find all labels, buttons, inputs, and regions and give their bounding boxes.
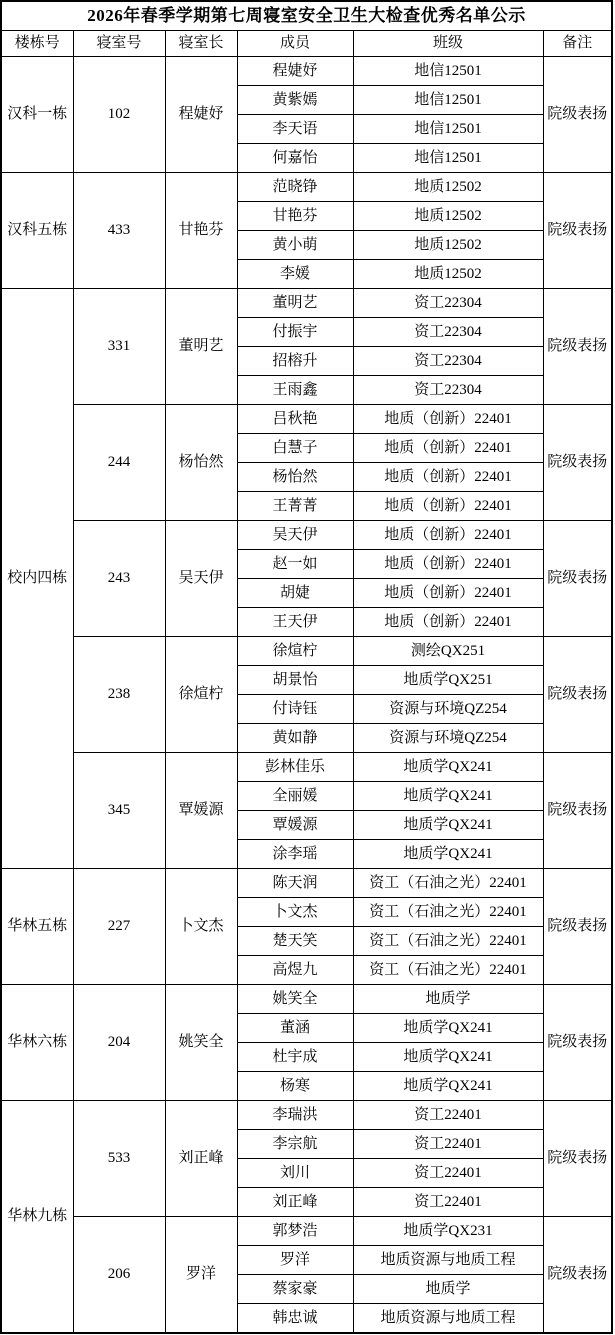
dorm-inspection-table: 2026年春季学期第七周寝室安全卫生大检查优秀名单公示 楼栋号 寝室号 寝室长 … [0, 0, 613, 1334]
room-number-cell: 243 [73, 521, 165, 637]
member-name-cell: 付诗钰 [237, 695, 353, 724]
member-name-cell: 覃媛源 [237, 811, 353, 840]
room-leader-cell: 吴天伊 [165, 521, 237, 637]
member-name-cell: 杨寒 [237, 1072, 353, 1101]
member-name-cell: 董涵 [237, 1014, 353, 1043]
member-name-cell: 王雨鑫 [237, 376, 353, 405]
room-leader-cell: 徐煊柠 [165, 637, 237, 753]
room-number-cell: 533 [73, 1101, 165, 1217]
member-class-cell: 地质学 [353, 985, 543, 1014]
member-name-cell: 黄小萌 [237, 231, 353, 260]
member-name-cell: 高煜九 [237, 956, 353, 985]
member-name-cell: 胡景怡 [237, 666, 353, 695]
member-class-cell: 资源与环境QZ254 [353, 724, 543, 753]
member-name-cell: 杨怡然 [237, 463, 353, 492]
remark-cell: 院级表扬 [543, 405, 612, 521]
member-name-cell: 全丽媛 [237, 782, 353, 811]
table-row: 238徐煊柠徐煊柠测绘QX251院级表扬 [1, 637, 612, 666]
table-body: 汉科一栋102程婕妤程婕妤地信12501院级表扬黄紫嫣地信12501李天语地信1… [1, 57, 612, 1333]
table-row: 243吴天伊吴天伊地质（创新）22401院级表扬 [1, 521, 612, 550]
remark-cell: 院级表扬 [543, 289, 612, 405]
member-class-cell: 资工22304 [353, 318, 543, 347]
member-class-cell: 地质（创新）22401 [353, 550, 543, 579]
member-name-cell: 程婕妤 [237, 57, 353, 86]
member-class-cell: 地信12501 [353, 86, 543, 115]
table-row: 华林六栋204姚笑全姚笑全地质学院级表扬 [1, 985, 612, 1014]
member-class-cell: 地质（创新）22401 [353, 434, 543, 463]
room-leader-cell: 卜文杰 [165, 869, 237, 985]
room-number-cell: 433 [73, 173, 165, 289]
member-class-cell: 地质资源与地质工程 [353, 1304, 543, 1333]
member-class-cell: 资工22401 [353, 1130, 543, 1159]
member-class-cell: 地质学QX241 [353, 1072, 543, 1101]
member-name-cell: 甘艳芬 [237, 202, 353, 231]
remark-cell: 院级表扬 [543, 985, 612, 1101]
member-name-cell: 李天语 [237, 115, 353, 144]
member-name-cell: 吕秋艳 [237, 405, 353, 434]
member-name-cell: 楚天笑 [237, 927, 353, 956]
member-class-cell: 资工22304 [353, 376, 543, 405]
building-cell: 华林五栋 [1, 869, 73, 985]
building-cell: 华林九栋 [1, 1101, 73, 1333]
table-row: 华林五栋227卜文杰陈天润资工（石油之光）22401院级表扬 [1, 869, 612, 898]
table-row: 汉科五栋433甘艳芬范晓铮地质12502院级表扬 [1, 173, 612, 202]
building-cell: 汉科一栋 [1, 57, 73, 173]
member-name-cell: 招榕升 [237, 347, 353, 376]
member-class-cell: 地质学QX241 [353, 840, 543, 869]
member-class-cell: 地质学QX241 [353, 811, 543, 840]
member-name-cell: 赵一如 [237, 550, 353, 579]
column-header-member: 成员 [237, 31, 353, 57]
member-class-cell: 资工22304 [353, 289, 543, 318]
member-class-cell: 地质12502 [353, 260, 543, 289]
member-class-cell: 资工（石油之光）22401 [353, 869, 543, 898]
member-name-cell: 刘正峰 [237, 1188, 353, 1217]
column-header-class: 班级 [353, 31, 543, 57]
member-class-cell: 地质资源与地质工程 [353, 1246, 543, 1275]
member-name-cell: 胡婕 [237, 579, 353, 608]
table-row: 206罗洋郭梦浩地质学QX231院级表扬 [1, 1217, 612, 1246]
member-class-cell: 地质（创新）22401 [353, 579, 543, 608]
member-class-cell: 地质学QX241 [353, 782, 543, 811]
column-header-room: 寝室号 [73, 31, 165, 57]
member-class-cell: 地质学QX241 [353, 1043, 543, 1072]
member-class-cell: 资工22401 [353, 1159, 543, 1188]
member-name-cell: 姚笑全 [237, 985, 353, 1014]
room-leader-cell: 甘艳芬 [165, 173, 237, 289]
member-class-cell: 资源与环境QZ254 [353, 695, 543, 724]
remark-cell: 院级表扬 [543, 173, 612, 289]
remark-cell: 院级表扬 [543, 869, 612, 985]
member-class-cell: 地质（创新）22401 [353, 492, 543, 521]
column-header-building: 楼栋号 [1, 31, 73, 57]
room-leader-cell: 杨怡然 [165, 405, 237, 521]
member-name-cell: 涂李瑶 [237, 840, 353, 869]
room-number-cell: 227 [73, 869, 165, 985]
member-class-cell: 地信12501 [353, 115, 543, 144]
room-leader-cell: 姚笑全 [165, 985, 237, 1101]
member-name-cell: 付振宇 [237, 318, 353, 347]
member-class-cell: 测绘QX251 [353, 637, 543, 666]
member-name-cell: 李瑞洪 [237, 1101, 353, 1130]
table-row: 244杨怡然吕秋艳地质（创新）22401院级表扬 [1, 405, 612, 434]
table-row: 345覃媛源彭林佳乐地质学QX241院级表扬 [1, 753, 612, 782]
building-cell: 校内四栋 [1, 289, 73, 869]
room-number-cell: 206 [73, 1217, 165, 1333]
title-row: 2026年春季学期第七周寝室安全卫生大检查优秀名单公示 [1, 1, 612, 31]
room-number-cell: 204 [73, 985, 165, 1101]
member-class-cell: 地质（创新）22401 [353, 463, 543, 492]
member-name-cell: 罗洋 [237, 1246, 353, 1275]
member-name-cell: 刘川 [237, 1159, 353, 1188]
member-name-cell: 何嘉怡 [237, 144, 353, 173]
column-header-row: 楼栋号 寝室号 寝室长 成员 班级 备注 [1, 31, 612, 57]
member-class-cell: 地质12502 [353, 202, 543, 231]
member-class-cell: 资工22304 [353, 347, 543, 376]
member-name-cell: 王天伊 [237, 608, 353, 637]
remark-cell: 院级表扬 [543, 1217, 612, 1333]
member-class-cell: 地质学 [353, 1275, 543, 1304]
member-name-cell: 白慧子 [237, 434, 353, 463]
column-header-leader: 寝室长 [165, 31, 237, 57]
member-name-cell: 韩忠诚 [237, 1304, 353, 1333]
member-name-cell: 吴天伊 [237, 521, 353, 550]
room-number-cell: 102 [73, 57, 165, 173]
member-name-cell: 黄紫嫣 [237, 86, 353, 115]
building-cell: 汉科五栋 [1, 173, 73, 289]
member-name-cell: 蔡家豪 [237, 1275, 353, 1304]
member-name-cell: 郭梦浩 [237, 1217, 353, 1246]
member-class-cell: 资工22401 [353, 1101, 543, 1130]
room-number-cell: 238 [73, 637, 165, 753]
member-class-cell: 资工（石油之光）22401 [353, 956, 543, 985]
member-name-cell: 范晓铮 [237, 173, 353, 202]
member-name-cell: 董明艺 [237, 289, 353, 318]
member-name-cell: 王菁菁 [237, 492, 353, 521]
member-class-cell: 地质学QX231 [353, 1217, 543, 1246]
table-row: 华林九栋533刘正峰李瑞洪资工22401院级表扬 [1, 1101, 612, 1130]
room-leader-cell: 程婕妤 [165, 57, 237, 173]
remark-cell: 院级表扬 [543, 521, 612, 637]
remark-cell: 院级表扬 [543, 753, 612, 869]
member-name-cell: 李媛 [237, 260, 353, 289]
member-class-cell: 地质学QX251 [353, 666, 543, 695]
room-leader-cell: 董明艺 [165, 289, 237, 405]
member-class-cell: 地质学QX241 [353, 753, 543, 782]
member-name-cell: 黄如静 [237, 724, 353, 753]
member-name-cell: 彭林佳乐 [237, 753, 353, 782]
member-name-cell: 卜文杰 [237, 898, 353, 927]
remark-cell: 院级表扬 [543, 1101, 612, 1217]
member-class-cell: 地信12501 [353, 57, 543, 86]
table-row: 校内四栋331董明艺董明艺资工22304院级表扬 [1, 289, 612, 318]
member-name-cell: 陈天润 [237, 869, 353, 898]
table-row: 汉科一栋102程婕妤程婕妤地信12501院级表扬 [1, 57, 612, 86]
member-class-cell: 资工（石油之光）22401 [353, 898, 543, 927]
roster-sheet: 2026年春季学期第七周寝室安全卫生大检查优秀名单公示 楼栋号 寝室号 寝室长 … [0, 0, 615, 1335]
member-class-cell: 地质（创新）22401 [353, 608, 543, 637]
page-title: 2026年春季学期第七周寝室安全卫生大检查优秀名单公示 [1, 1, 612, 31]
room-number-cell: 331 [73, 289, 165, 405]
room-number-cell: 345 [73, 753, 165, 869]
member-class-cell: 地质（创新）22401 [353, 405, 543, 434]
room-leader-cell: 刘正峰 [165, 1101, 237, 1217]
member-class-cell: 地质12502 [353, 231, 543, 260]
room-number-cell: 244 [73, 405, 165, 521]
member-name-cell: 徐煊柠 [237, 637, 353, 666]
member-class-cell: 资工（石油之光）22401 [353, 927, 543, 956]
room-leader-cell: 覃媛源 [165, 753, 237, 869]
member-name-cell: 杜宇成 [237, 1043, 353, 1072]
remark-cell: 院级表扬 [543, 57, 612, 173]
room-leader-cell: 罗洋 [165, 1217, 237, 1333]
column-header-remark: 备注 [543, 31, 612, 57]
member-name-cell: 李宗航 [237, 1130, 353, 1159]
member-class-cell: 地质12502 [353, 173, 543, 202]
member-class-cell: 地质学QX241 [353, 1014, 543, 1043]
remark-cell: 院级表扬 [543, 637, 612, 753]
building-cell: 华林六栋 [1, 985, 73, 1101]
member-class-cell: 资工22401 [353, 1188, 543, 1217]
member-class-cell: 地信12501 [353, 144, 543, 173]
member-class-cell: 地质（创新）22401 [353, 521, 543, 550]
